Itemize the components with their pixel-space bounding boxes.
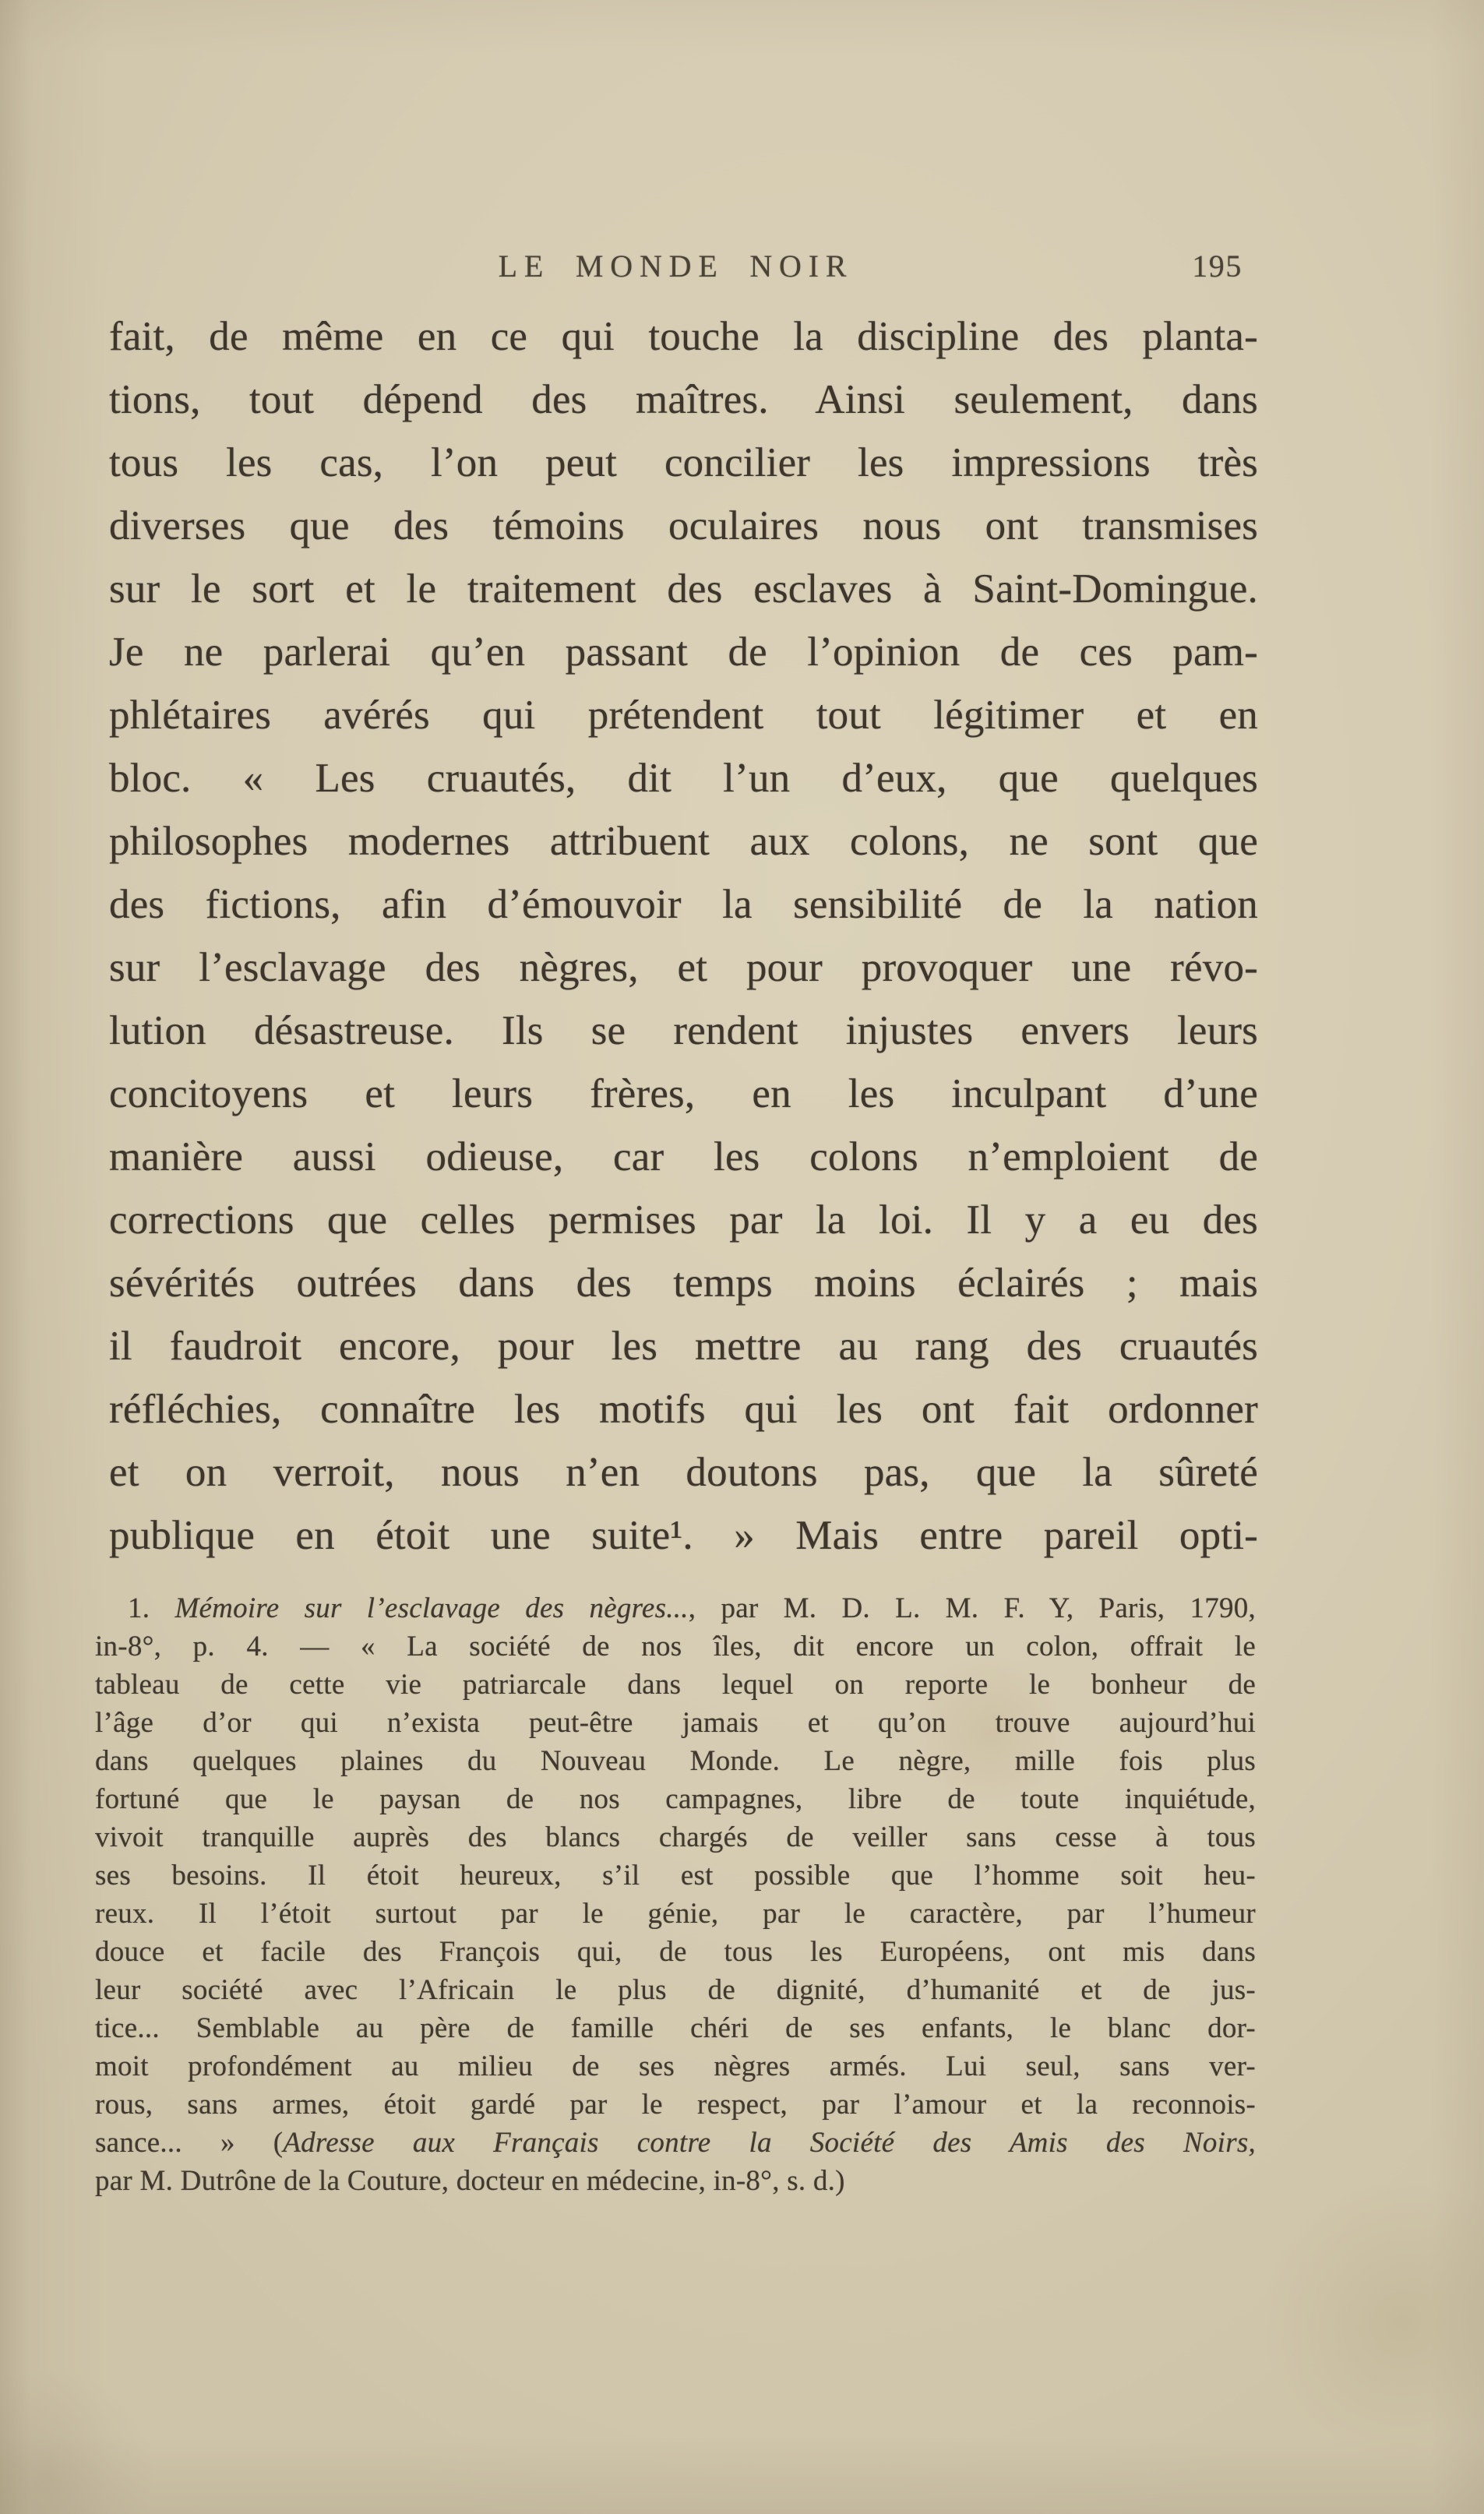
text-line: des fictions, afin d’émouvoir la sensibi… [109, 873, 1258, 936]
text-segment: publique en étoit une suite¹. » Mais ent… [109, 1513, 1258, 1558]
scanned-book-page: LE MONDE NOIR 195 fait, de même en ce qu… [0, 0, 1484, 2514]
text-line: réfléchies, connaître les motifs qui les… [109, 1378, 1258, 1441]
text-segment: dans quelques plaines du Nouveau Monde. … [95, 1745, 1256, 1777]
text-line: philosophes modernes attribuent aux colo… [109, 810, 1258, 873]
text-segment: phlétaires avérés qui prétendent tout lé… [109, 693, 1258, 738]
text-segment: réfléchies, connaître les motifs qui les… [109, 1387, 1258, 1432]
page-header: LE MONDE NOIR 195 [109, 248, 1243, 288]
running-title: LE MONDE NOIR [109, 248, 1243, 284]
text-segment: vivoit tranquille auprès des blancs char… [95, 1821, 1256, 1853]
text-segment: l’âge d’or qui n’exista peut-être jamais… [95, 1707, 1256, 1739]
text-line: sévérités outrées dans des temps moins é… [109, 1252, 1258, 1315]
text-segment: manière aussi odieuse, car les colons n’… [109, 1134, 1258, 1179]
text-segment: douce et facile des François qui, de tou… [95, 1936, 1256, 1968]
text-segment: des fictions, afin d’émouvoir la sensibi… [109, 882, 1258, 927]
text-segment: tous les cas, l’on peut concilier les im… [109, 440, 1258, 485]
text-line: rous, sans armes, étoit gardé par le res… [95, 2086, 1256, 2124]
footnote: 1. Mémoire sur l’esclavage des nègres...… [95, 1589, 1256, 2200]
text-line: par M. Dutrône de la Couture, docteur en… [95, 2162, 1256, 2200]
text-segment: par M. Dutrône de la Couture, docteur en… [95, 2165, 845, 2197]
page-number: 195 [1192, 248, 1243, 284]
text-line: tous les cas, l’on peut concilier les im… [109, 432, 1258, 495]
text-segment: philosophes modernes attribuent aux colo… [109, 819, 1258, 864]
text-line: Je ne parlerai qu’en passant de l’opinio… [109, 621, 1258, 684]
text-line: douce et facile des François qui, de tou… [95, 1933, 1256, 1971]
text-segment: concitoyens et leurs frères, en les incu… [109, 1071, 1258, 1116]
text-segment: 1. [128, 1592, 174, 1624]
text-segment: fait, de même en ce qui touche la discip… [109, 314, 1258, 359]
text-line: leur société avec l’Africain le plus de … [95, 1971, 1256, 2009]
text-line: reux. Il l’étoit surtout par le génie, p… [95, 1895, 1256, 1933]
text-line: lution désastreuse. Ils se rendent injus… [109, 1000, 1258, 1063]
text-line: et on verroit, nous n’en doutons pas, qu… [109, 1441, 1258, 1504]
text-line: vivoit tranquille auprès des blancs char… [95, 1818, 1256, 1856]
italic-text-segment: Adresse aux Français contre la Société d… [283, 2127, 1256, 2159]
text-segment: diverses que des témoins oculaires nous … [109, 503, 1258, 548]
text-segment: leur société avec l’Africain le plus de … [95, 1974, 1256, 2006]
text-line: dans quelques plaines du Nouveau Monde. … [95, 1742, 1256, 1780]
text-segment: rous, sans armes, étoit gardé par le res… [95, 2089, 1256, 2121]
text-line: corrections que celles permises par la l… [109, 1189, 1258, 1252]
text-segment: tions, tout dépend des maîtres. Ainsi se… [109, 377, 1258, 422]
text-segment: Je ne parlerai qu’en passant de l’opinio… [109, 629, 1258, 675]
text-line: sance... » (Adresse aux Français contre … [95, 2124, 1256, 2162]
text-line: in-8°, p. 4. — « La société de nos îles,… [95, 1627, 1256, 1666]
text-line: phlétaires avérés qui prétendent tout lé… [109, 684, 1258, 747]
text-line: fortuné que le paysan de nos campagnes, … [95, 1780, 1256, 1818]
text-line: tions, tout dépend des maîtres. Ainsi se… [109, 368, 1258, 432]
text-segment: fortuné que le paysan de nos campagnes, … [95, 1783, 1256, 1815]
text-line: sur l’esclavage des nègres, et pour prov… [109, 936, 1258, 1000]
text-segment: et on verroit, nous n’en doutons pas, qu… [109, 1450, 1258, 1495]
text-segment: ses besoins. Il étoit heureux, s’il est … [95, 1860, 1256, 1892]
text-segment: lution désastreuse. Ils se rendent injus… [109, 1008, 1258, 1053]
text-segment: reux. Il l’étoit surtout par le génie, p… [95, 1898, 1256, 1930]
text-segment: il faudroit encore, pour les mettre au r… [109, 1324, 1258, 1369]
text-segment: , par M. D. L. M. F. Y, Paris, 1790, [689, 1592, 1256, 1624]
text-line: manière aussi odieuse, car les colons n’… [109, 1126, 1258, 1189]
text-line: moit profondément au milieu de ses nègre… [95, 2047, 1256, 2086]
text-line: fait, de même en ce qui touche la discip… [109, 305, 1258, 368]
text-segment: tice... Semblable au père de famille ché… [95, 2012, 1256, 2044]
italic-text-segment: Mémoire sur l’esclavage des nègres... [174, 1592, 688, 1624]
text-segment: tableau de cette vie patriarcale dans le… [95, 1669, 1256, 1701]
text-segment: in-8°, p. 4. — « La société de nos îles,… [95, 1631, 1256, 1662]
text-line: tableau de cette vie patriarcale dans le… [95, 1666, 1256, 1704]
text-segment: bloc. « Les cruautés, dit l’un d’eux, qu… [109, 756, 1258, 801]
text-line: concitoyens et leurs frères, en les incu… [109, 1063, 1258, 1126]
text-segment: sur le sort et le traitement des esclave… [109, 566, 1258, 612]
text-line: diverses que des témoins oculaires nous … [109, 495, 1258, 558]
text-line: sur le sort et le traitement des esclave… [109, 558, 1258, 621]
text-segment: sévérités outrées dans des temps moins é… [109, 1261, 1258, 1306]
text-line: tice... Semblable au père de famille ché… [95, 2009, 1256, 2047]
text-line: il faudroit encore, pour les mettre au r… [109, 1315, 1258, 1378]
text-segment: corrections que celles permises par la l… [109, 1197, 1258, 1243]
text-segment: sance... » ( [95, 2127, 283, 2159]
text-line: bloc. « Les cruautés, dit l’un d’eux, qu… [109, 747, 1258, 810]
text-line: publique en étoit une suite¹. » Mais ent… [109, 1504, 1258, 1567]
text-line: l’âge d’or qui n’exista peut-être jamais… [95, 1704, 1256, 1742]
text-line: 1. Mémoire sur l’esclavage des nègres...… [95, 1589, 1256, 1627]
text-segment: moit profondément au milieu de ses nègre… [95, 2050, 1256, 2082]
text-line: ses besoins. Il étoit heureux, s’il est … [95, 1856, 1256, 1895]
body-text: fait, de même en ce qui touche la discip… [109, 305, 1258, 1567]
text-segment: sur l’esclavage des nègres, et pour prov… [109, 945, 1258, 990]
